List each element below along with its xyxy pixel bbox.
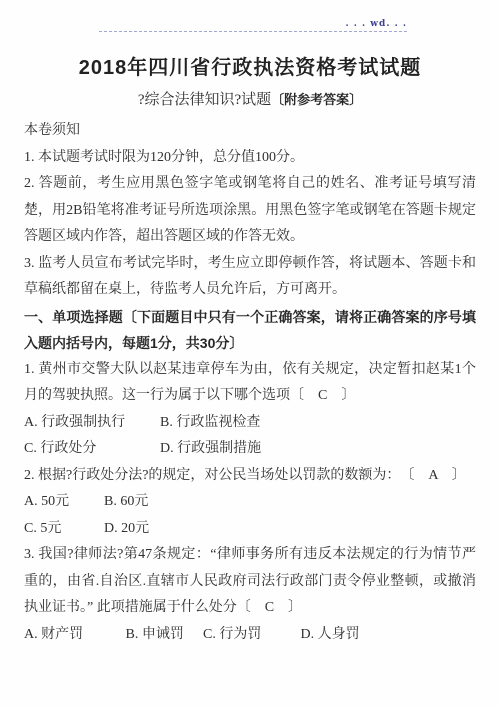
document-body: 本卷须知 1. 本试题考试时限为120分钟，总分值100分。 2. 答题前，考生…: [24, 118, 476, 648]
subtitle-text: ?综合法律知识?试题: [138, 92, 271, 108]
q1-option-c: C. 行政处分: [24, 436, 160, 463]
q2-stem: 2. 根据?行政处分法?的规定，对公民当场处以罚款的数额为： 〔 A 〕: [24, 463, 476, 490]
q1-option-a: A. 行政强制执行: [24, 410, 160, 437]
question-2: 2. 根据?行政处分法?的规定，对公民当场处以罚款的数额为： 〔 A 〕 A. …: [24, 463, 476, 543]
q1-option-d: D. 行政强制措施: [160, 436, 476, 463]
q2-option-d: D. 20元: [104, 516, 476, 543]
question-3: 3. 我国?律师法?第47条规定：“律师事务所有违反本法规定的行为情节严重的，由…: [24, 542, 476, 648]
document-header: 2018年四川省行政执法资格考试试题 ?综合法律知识?试题〔附参考答案〕: [0, 0, 500, 109]
q3-option-d: D. 人身罚: [301, 622, 360, 649]
wd-watermark: . . . wd. . .: [345, 19, 407, 29]
question-1: 1. 黄州市交警大队以赵某违章停车为由，依有关规定，决定暂扣赵某1个月的驾驶执照…: [24, 357, 476, 463]
notice-item-2: 2. 答题前，考生应用黑色签字笔或钢笔将自己的姓名、准考证号填写清楚，用2B铅笔…: [24, 171, 476, 251]
q3-stem: 3. 我国?律师法?第47条规定：“律师事务所有违反本法规定的行为情节严重的，由…: [24, 542, 476, 622]
q3-option-a: A. 财产罚: [24, 622, 122, 649]
notice-item-1: 1. 本试题考试时限为120分钟，总分值100分。: [24, 145, 476, 172]
notice-item-3: 3. 监考人员宣布考试完毕时，考生应立即停顿作答，将试题本、答题卡和草稿纸都留在…: [24, 251, 476, 304]
exam-subtitle: ?综合法律知识?试题〔附参考答案〕: [0, 88, 500, 109]
section-heading: 一、单项选择题〔下面题目中只有一个正确答案，请将正确答案的序号填入题内括号内，每…: [24, 304, 476, 357]
document-page: . . . wd. . . 2018年四川省行政执法资格考试试题 ?综合法律知识…: [0, 0, 500, 707]
q1-stem: 1. 黄州市交警大队以赵某违章停车为由，依有关规定，决定暂扣赵某1个月的驾驶执照…: [24, 357, 476, 410]
q1-option-b: B. 行政监视检查: [160, 410, 476, 437]
dashed-divider: . . . wd. . .: [99, 31, 407, 32]
q2-option-a: A. 50元: [24, 489, 104, 516]
q2-option-c: C. 5元: [24, 516, 104, 543]
exam-title: 2018年四川省行政执法资格考试试题: [0, 51, 500, 80]
q3-option-c: C. 行为罚: [203, 622, 297, 649]
q2-options: A. 50元 B. 60元 C. 5元 D. 20元: [24, 489, 476, 542]
subtitle-answer-note: 〔附参考答案〕: [271, 92, 362, 107]
q1-options: A. 行政强制执行 B. 行政监视检查 C. 行政处分 D. 行政强制措施: [24, 410, 476, 463]
q3-options: A. 财产罚 B. 申诫罚 C. 行为罚 D. 人身罚: [24, 622, 476, 649]
notice-heading: 本卷须知: [24, 118, 476, 145]
q3-option-b: B. 申诫罚: [126, 622, 200, 649]
q2-option-b: B. 60元: [104, 489, 476, 516]
